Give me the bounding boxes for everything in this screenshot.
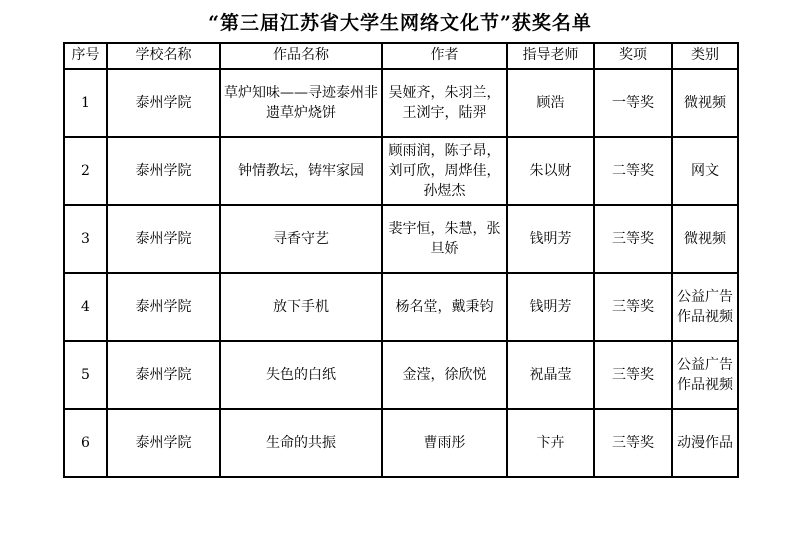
column-header-category: 类别 (672, 43, 738, 69)
cell-index: 1 (64, 69, 107, 137)
cell-work: 生命的共振 (220, 409, 382, 477)
document-page: “第三届江苏省大学生网络文化节”获奖名单 序号 学校名称 作品名称 作者 指导老… (0, 0, 800, 533)
cell-school: 泰州学院 (107, 409, 220, 477)
cell-work: 失色的白纸 (220, 341, 382, 409)
cell-author: 吴娅齐，朱羽兰，王浏宇，陆羿 (382, 69, 507, 137)
cell-work: 放下手机 (220, 273, 382, 341)
column-header-work: 作品名称 (220, 43, 382, 69)
cell-advisor: 顾浩 (507, 69, 594, 137)
cell-advisor: 朱以财 (507, 137, 594, 205)
table-row: 2 泰州学院 钟情教坛，铸牢家园 顾雨润，陈子昂，刘可欣，周烨佳，孙煜杰 朱以财… (64, 137, 738, 205)
cell-category: 网文 (672, 137, 738, 205)
table-row: 4 泰州学院 放下手机 杨名堂，戴秉钧 钱明芳 三等奖 公益广告作品视频 (64, 273, 738, 341)
cell-author: 曹雨彤 (382, 409, 507, 477)
header-row: 序号 学校名称 作品名称 作者 指导老师 奖项 类别 (64, 43, 738, 69)
table-row: 5 泰州学院 失色的白纸 金滢，徐欣悦 祝晶莹 三等奖 公益广告作品视频 (64, 341, 738, 409)
cell-category: 微视频 (672, 205, 738, 273)
cell-award: 二等奖 (594, 137, 672, 205)
cell-award: 三等奖 (594, 205, 672, 273)
cell-category: 微视频 (672, 69, 738, 137)
cell-category: 公益广告作品视频 (672, 273, 738, 341)
cell-index: 6 (64, 409, 107, 477)
cell-school: 泰州学院 (107, 205, 220, 273)
cell-author: 顾雨润，陈子昂，刘可欣，周烨佳，孙煜杰 (382, 137, 507, 205)
cell-author: 杨名堂，戴秉钧 (382, 273, 507, 341)
cell-work: 寻香守艺 (220, 205, 382, 273)
awards-table: 序号 学校名称 作品名称 作者 指导老师 奖项 类别 1 泰州学院 草炉知味——… (63, 42, 739, 478)
column-header-author: 作者 (382, 43, 507, 69)
cell-award: 三等奖 (594, 409, 672, 477)
cell-school: 泰州学院 (107, 273, 220, 341)
table-row: 6 泰州学院 生命的共振 曹雨彤 卞卉 三等奖 动漫作品 (64, 409, 738, 477)
cell-advisor: 钱明芳 (507, 205, 594, 273)
column-header-advisor: 指导老师 (507, 43, 594, 69)
cell-work: 钟情教坛，铸牢家园 (220, 137, 382, 205)
cell-index: 5 (64, 341, 107, 409)
column-header-index: 序号 (64, 43, 107, 69)
cell-award: 三等奖 (594, 341, 672, 409)
cell-author: 裴宇恒，朱慧，张旦娇 (382, 205, 507, 273)
cell-advisor: 钱明芳 (507, 273, 594, 341)
cell-work: 草炉知味——寻迹泰州非遗草炉烧饼 (220, 69, 382, 137)
cell-school: 泰州学院 (107, 69, 220, 137)
cell-award: 一等奖 (594, 69, 672, 137)
cell-school: 泰州学院 (107, 137, 220, 205)
cell-advisor: 卞卉 (507, 409, 594, 477)
table-row: 3 泰州学院 寻香守艺 裴宇恒，朱慧，张旦娇 钱明芳 三等奖 微视频 (64, 205, 738, 273)
column-header-school: 学校名称 (107, 43, 220, 69)
column-header-award: 奖项 (594, 43, 672, 69)
cell-category: 动漫作品 (672, 409, 738, 477)
cell-advisor: 祝晶莹 (507, 341, 594, 409)
cell-index: 2 (64, 137, 107, 205)
cell-award: 三等奖 (594, 273, 672, 341)
cell-category: 公益广告作品视频 (672, 341, 738, 409)
page-title: “第三届江苏省大学生网络文化节”获奖名单 (0, 8, 800, 35)
cell-index: 4 (64, 273, 107, 341)
cell-index: 3 (64, 205, 107, 273)
cell-author: 金滢，徐欣悦 (382, 341, 507, 409)
table-row: 1 泰州学院 草炉知味——寻迹泰州非遗草炉烧饼 吴娅齐，朱羽兰，王浏宇，陆羿 顾… (64, 69, 738, 137)
cell-school: 泰州学院 (107, 341, 220, 409)
